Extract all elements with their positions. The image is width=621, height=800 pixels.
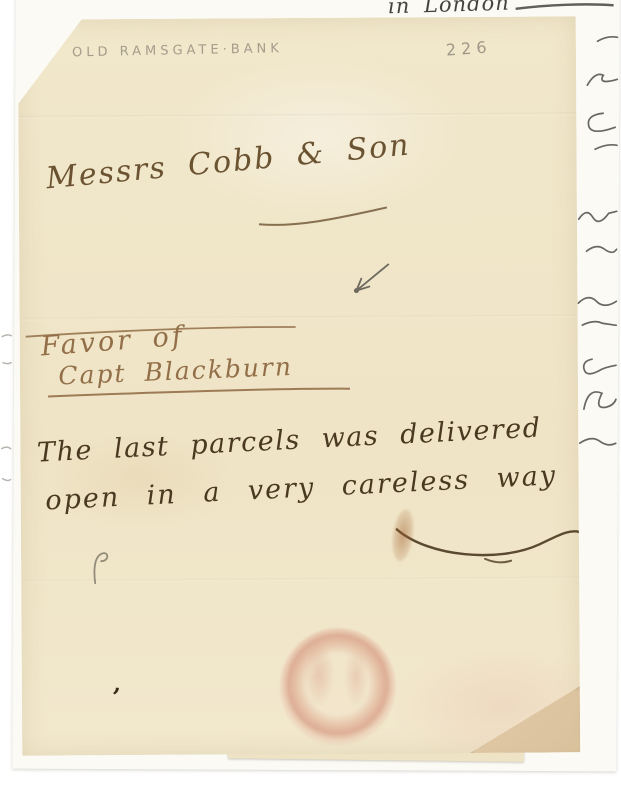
wax-seal-impression	[279, 627, 396, 746]
handwriting-fragment-strokes-left	[0, 329, 14, 509]
fold-crease	[20, 314, 578, 320]
pen-flourish-curve	[389, 514, 585, 571]
message-line-2: open in a very careless way	[45, 460, 558, 516]
pen-flourish-line	[259, 201, 389, 228]
back-sheet-annotation: in London	[388, 0, 510, 18]
ink-underline	[48, 386, 352, 400]
pencil-arrow-icon	[344, 260, 392, 302]
pen-flourish-line	[516, 1, 616, 13]
photo-of-old-letter: { "colors": { "page-bg": "#ffffff", "bac…	[0, 0, 621, 800]
message-line-1: The last parcels was delivered	[36, 412, 542, 468]
corner-fold	[470, 686, 580, 753]
pencil-annotation-number: 226	[445, 37, 492, 59]
handwriting-fragment-strokes	[572, 29, 620, 469]
ink-mark: ,	[113, 671, 123, 698]
fold-crease	[18, 112, 576, 118]
pencil-mark	[85, 547, 113, 587]
pencil-annotation-title: OLD RAMSGATE·BANK	[72, 41, 283, 60]
address-line: Messrs Cobb & Son	[45, 127, 412, 196]
letter-sheet: OLD RAMSGATE·BANK 226 Messrs Cobb & Son …	[18, 16, 580, 755]
